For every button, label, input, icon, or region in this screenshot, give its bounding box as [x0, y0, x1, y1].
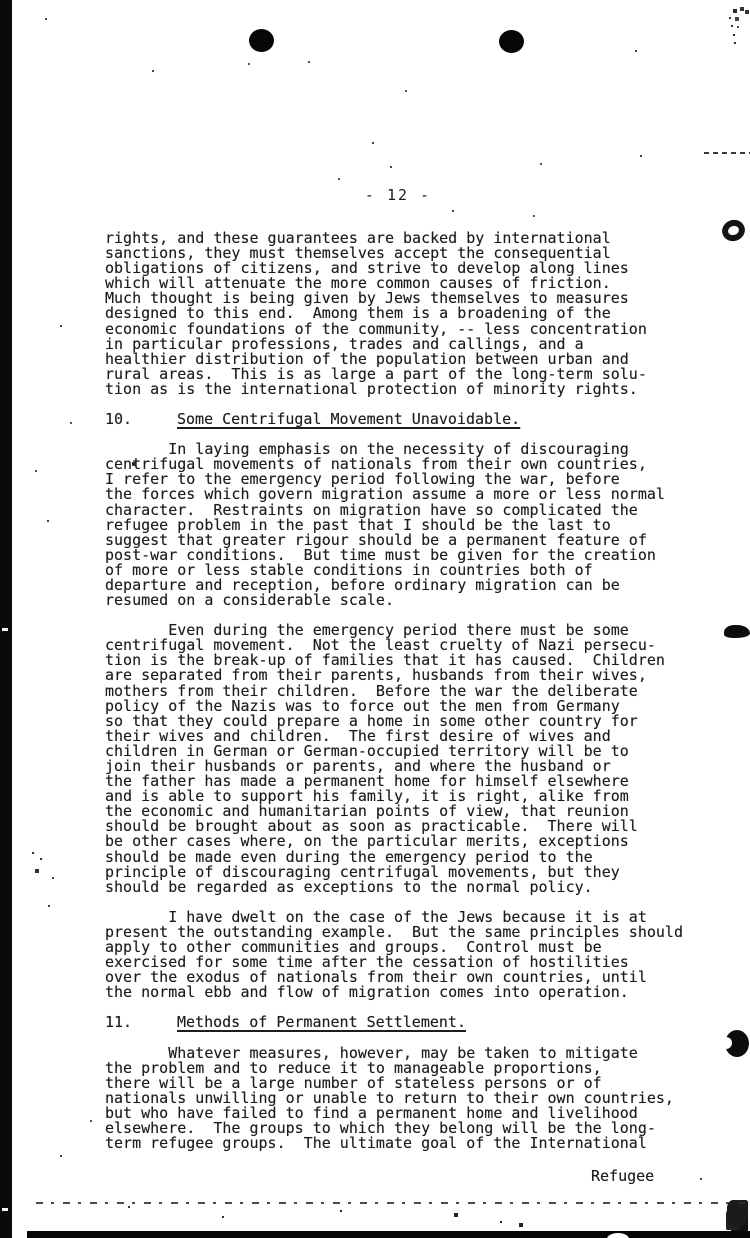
section-number: 11.: [105, 1015, 177, 1030]
paragraph: rights, and these guarantees are backed …: [105, 231, 683, 397]
punch-hole-left: [249, 29, 274, 52]
scan-noise-speck: [2, 1208, 8, 1211]
catchword: Refugee: [591, 1167, 654, 1185]
text-line: should be regarded as exceptions to the …: [105, 880, 683, 895]
paragraph: In laying emphasis on the necessity of d…: [105, 442, 683, 608]
text-line: term refugee groups. The ultimate goal o…: [105, 1136, 683, 1151]
scan-noise-specks: [0, 0, 2, 2]
section-title: Some Centrifugal Movement Unavoidable.: [177, 410, 520, 428]
scan-edge-notch: [607, 1233, 629, 1238]
section-heading: 10.Some Centrifugal Movement Unavoidable…: [105, 412, 683, 427]
scan-noise-speck: [2, 628, 8, 631]
perforation-line: [36, 1202, 750, 1204]
scan-dash-mark: [704, 152, 750, 154]
page-number: - 12 -: [0, 186, 750, 204]
document-text-column: rights, and these guarantees are backed …: [105, 231, 683, 1166]
paragraph: Even during the emergency period there m…: [105, 623, 683, 895]
ink-crescent-blob: [725, 1030, 749, 1057]
section-title: Methods of Permanent Settlement.: [177, 1013, 466, 1031]
punch-hole-right: [499, 30, 524, 53]
scan-corner-speckle: [727, 1200, 748, 1227]
scan-bottom-edge: [27, 1231, 750, 1238]
paragraph: I have dwelt on the case of the Jews bec…: [105, 910, 683, 1001]
section-number: 10.: [105, 412, 177, 427]
ink-blob: [724, 625, 750, 638]
text-line: the normal ebb and flow of migration com…: [105, 985, 683, 1000]
ink-ring-blob: [719, 217, 747, 244]
paragraph: Whatever measures, however, may be taken…: [105, 1046, 683, 1152]
text-line: resumed on a considerable scale.: [105, 593, 683, 608]
pencil-scribble-mark: [728, 8, 730, 10]
section-heading: 11.Methods of Permanent Settlement.: [105, 1015, 683, 1030]
text-line: tion as is the international protection …: [105, 382, 683, 397]
